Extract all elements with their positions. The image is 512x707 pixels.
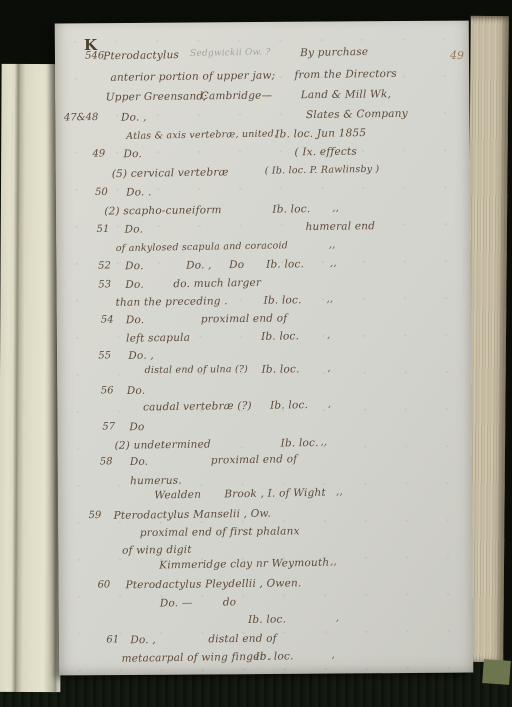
handwritten-text: Do.: [126, 314, 145, 326]
handwritten-text: ,,: [326, 294, 333, 305]
handwritten-text: 50: [95, 187, 108, 198]
handwritten-text: 53: [98, 279, 111, 290]
handwritten-text: Do: [229, 259, 244, 271]
handwritten-text: By purchase: [300, 46, 368, 59]
handwritten-text: Pterodactylus Manselii , Ow.: [113, 508, 271, 522]
handwritten-text: ,,: [329, 240, 336, 251]
handwritten-text: ,: [331, 650, 335, 661]
handwritten-text: 47&48: [64, 112, 99, 123]
manuscript-line: 49Do.( Ix. effects: [59, 144, 471, 165]
handwritten-text: Kimmeridge clay nr Weymouth: [159, 557, 329, 572]
handwritten-text: Ib. loc.: [263, 294, 301, 307]
handwritten-text: Do. —: [160, 597, 193, 610]
handwritten-text: Ib. loc.: [255, 650, 293, 663]
handwritten-text: 59: [88, 510, 101, 521]
handwritten-text: ,,: [332, 203, 339, 214]
handwritten-text: 57: [102, 421, 115, 432]
handwritten-text: metacarpal of wing finger .: [121, 651, 271, 665]
book-cover-corner: [482, 659, 511, 685]
handwritten-text: ,,: [336, 486, 343, 497]
handwritten-text: Do.: [127, 385, 146, 397]
handwritten-text: of wing digit: [122, 544, 192, 557]
handwritten-text: humeral end: [305, 220, 375, 233]
handwritten-text: ,: [328, 399, 332, 410]
handwritten-text: Slates & Company: [306, 108, 408, 121]
handwritten-text: Do. ,: [128, 350, 154, 362]
book-left-page-edges: [0, 64, 64, 692]
handwritten-text: do: [223, 596, 237, 608]
handwritten-text: than the preceding .: [116, 295, 228, 309]
handwritten-text: 49: [92, 148, 105, 159]
handwritten-text: from the Directors: [294, 68, 397, 81]
manuscript-line: anterior portion of upper jaw;from the D…: [58, 67, 470, 89]
handwritten-text: ,: [327, 363, 331, 374]
handwritten-text: Pterodactylus: [103, 49, 179, 62]
handwritten-text: ( Ix. effects: [294, 146, 357, 159]
handwritten-text: proximal end of: [201, 312, 288, 325]
handwritten-text: Ib. loc.: [266, 258, 304, 270]
handwritten-text: 54: [101, 314, 114, 325]
handwritten-text: 51: [96, 224, 109, 235]
manuscript-text-layer: 546PterodactylusSedgwickii Ow. ?By purch…: [58, 21, 479, 677]
handwritten-text: (2) scapho-cuneiform: [104, 204, 221, 217]
manuscript-line: metacarpal of wing finger .Ib. loc.,: [66, 648, 478, 670]
handwritten-text: ( Ib. loc. P. Rawlinsby ): [265, 164, 380, 177]
manuscript-line: 50Do. .: [60, 182, 472, 204]
handwritten-text: Ib. loc.: [272, 203, 310, 215]
photo-background: K 49 546PterodactylusSedgwickii Ow. ?By …: [0, 0, 512, 707]
handwritten-text: Cambridge—: [201, 90, 273, 103]
handwritten-text: Sedgwickii Ow. ?: [190, 48, 271, 59]
handwritten-text: 52: [98, 260, 111, 271]
handwritten-text: Ib. loc.: [248, 613, 286, 626]
handwritten-text: 58: [100, 456, 113, 467]
handwritten-text: Do.: [130, 456, 149, 468]
handwritten-text: ,: [327, 330, 331, 341]
handwritten-text: Do.: [125, 279, 144, 291]
handwritten-text: Ib. loc.: [270, 399, 308, 412]
handwritten-text: proximal end of first phalanx: [140, 525, 300, 539]
handwritten-text: of ankylosed scapula and coracoid: [116, 240, 288, 254]
handwritten-text: proximal end of: [211, 453, 298, 466]
screenshot-root: { "colors":{"background":"#0b0d09","page…: [0, 0, 512, 707]
manuscript-line: distal end of ulna (?)Ib. loc.,: [62, 361, 474, 382]
handwritten-text: left scapula: [126, 332, 190, 345]
manuscript-line: 546PterodactylusSedgwickii Ow. ?By purch…: [58, 44, 470, 67]
handwritten-text: humerus.: [130, 475, 182, 488]
handwritten-text: Do.: [124, 223, 143, 235]
handwritten-text: 546: [85, 50, 104, 61]
handwritten-text: do. much larger: [173, 277, 261, 290]
handwritten-text: Ib. loc.: [261, 330, 299, 343]
handwritten-text: Atlas & axis vertebræ, united.: [126, 128, 277, 142]
handwritten-text: ,,: [320, 437, 327, 448]
handwritten-text: Do. .: [126, 186, 152, 198]
handwritten-text: (2) undetermined: [115, 438, 212, 451]
handwritten-text: Ib. loc.: [280, 437, 318, 450]
handwritten-text: anterior portion of upper jaw;: [110, 70, 275, 84]
handwritten-text: (5) cervical vertebræ: [112, 166, 229, 180]
handwritten-text: Do.: [123, 148, 142, 160]
handwritten-text: Do: [129, 421, 144, 433]
handwritten-text: Ib. loc.: [261, 363, 299, 375]
handwritten-text: caudal vertebræ (?): [143, 400, 252, 414]
handwritten-text: Brook , I. of Wight: [224, 487, 326, 501]
handwritten-text: Do. ,: [121, 111, 147, 123]
handwritten-text: Do. ,: [186, 259, 212, 271]
handwritten-text: 60: [97, 579, 110, 590]
handwritten-text: Do.: [125, 260, 144, 272]
handwritten-text: Upper Greensand;: [106, 90, 207, 103]
handwritten-text: 55: [98, 350, 111, 361]
handwritten-text: Ib. loc. Jun 1855: [275, 127, 366, 141]
handwritten-text: distal end of: [208, 633, 277, 646]
handwritten-text: Pterodactylus Pleydellii , Owen.: [125, 577, 301, 591]
handwritten-text: 61: [106, 634, 119, 645]
handwritten-text: ,,: [330, 258, 337, 269]
handwritten-text: ,: [336, 613, 340, 624]
handwritten-text: Do. ,: [130, 634, 156, 646]
handwritten-text: Wealden: [154, 489, 201, 502]
manuscript-line: Upper Greensand;Cambridge—Land & Mill Wk…: [59, 87, 471, 108]
handwritten-text: Land & Mill Wk,: [301, 88, 392, 101]
handwritten-text: ,,: [330, 557, 337, 568]
handwritten-text: 56: [101, 385, 114, 396]
handwritten-text: distal end of ulna (?): [144, 364, 248, 376]
